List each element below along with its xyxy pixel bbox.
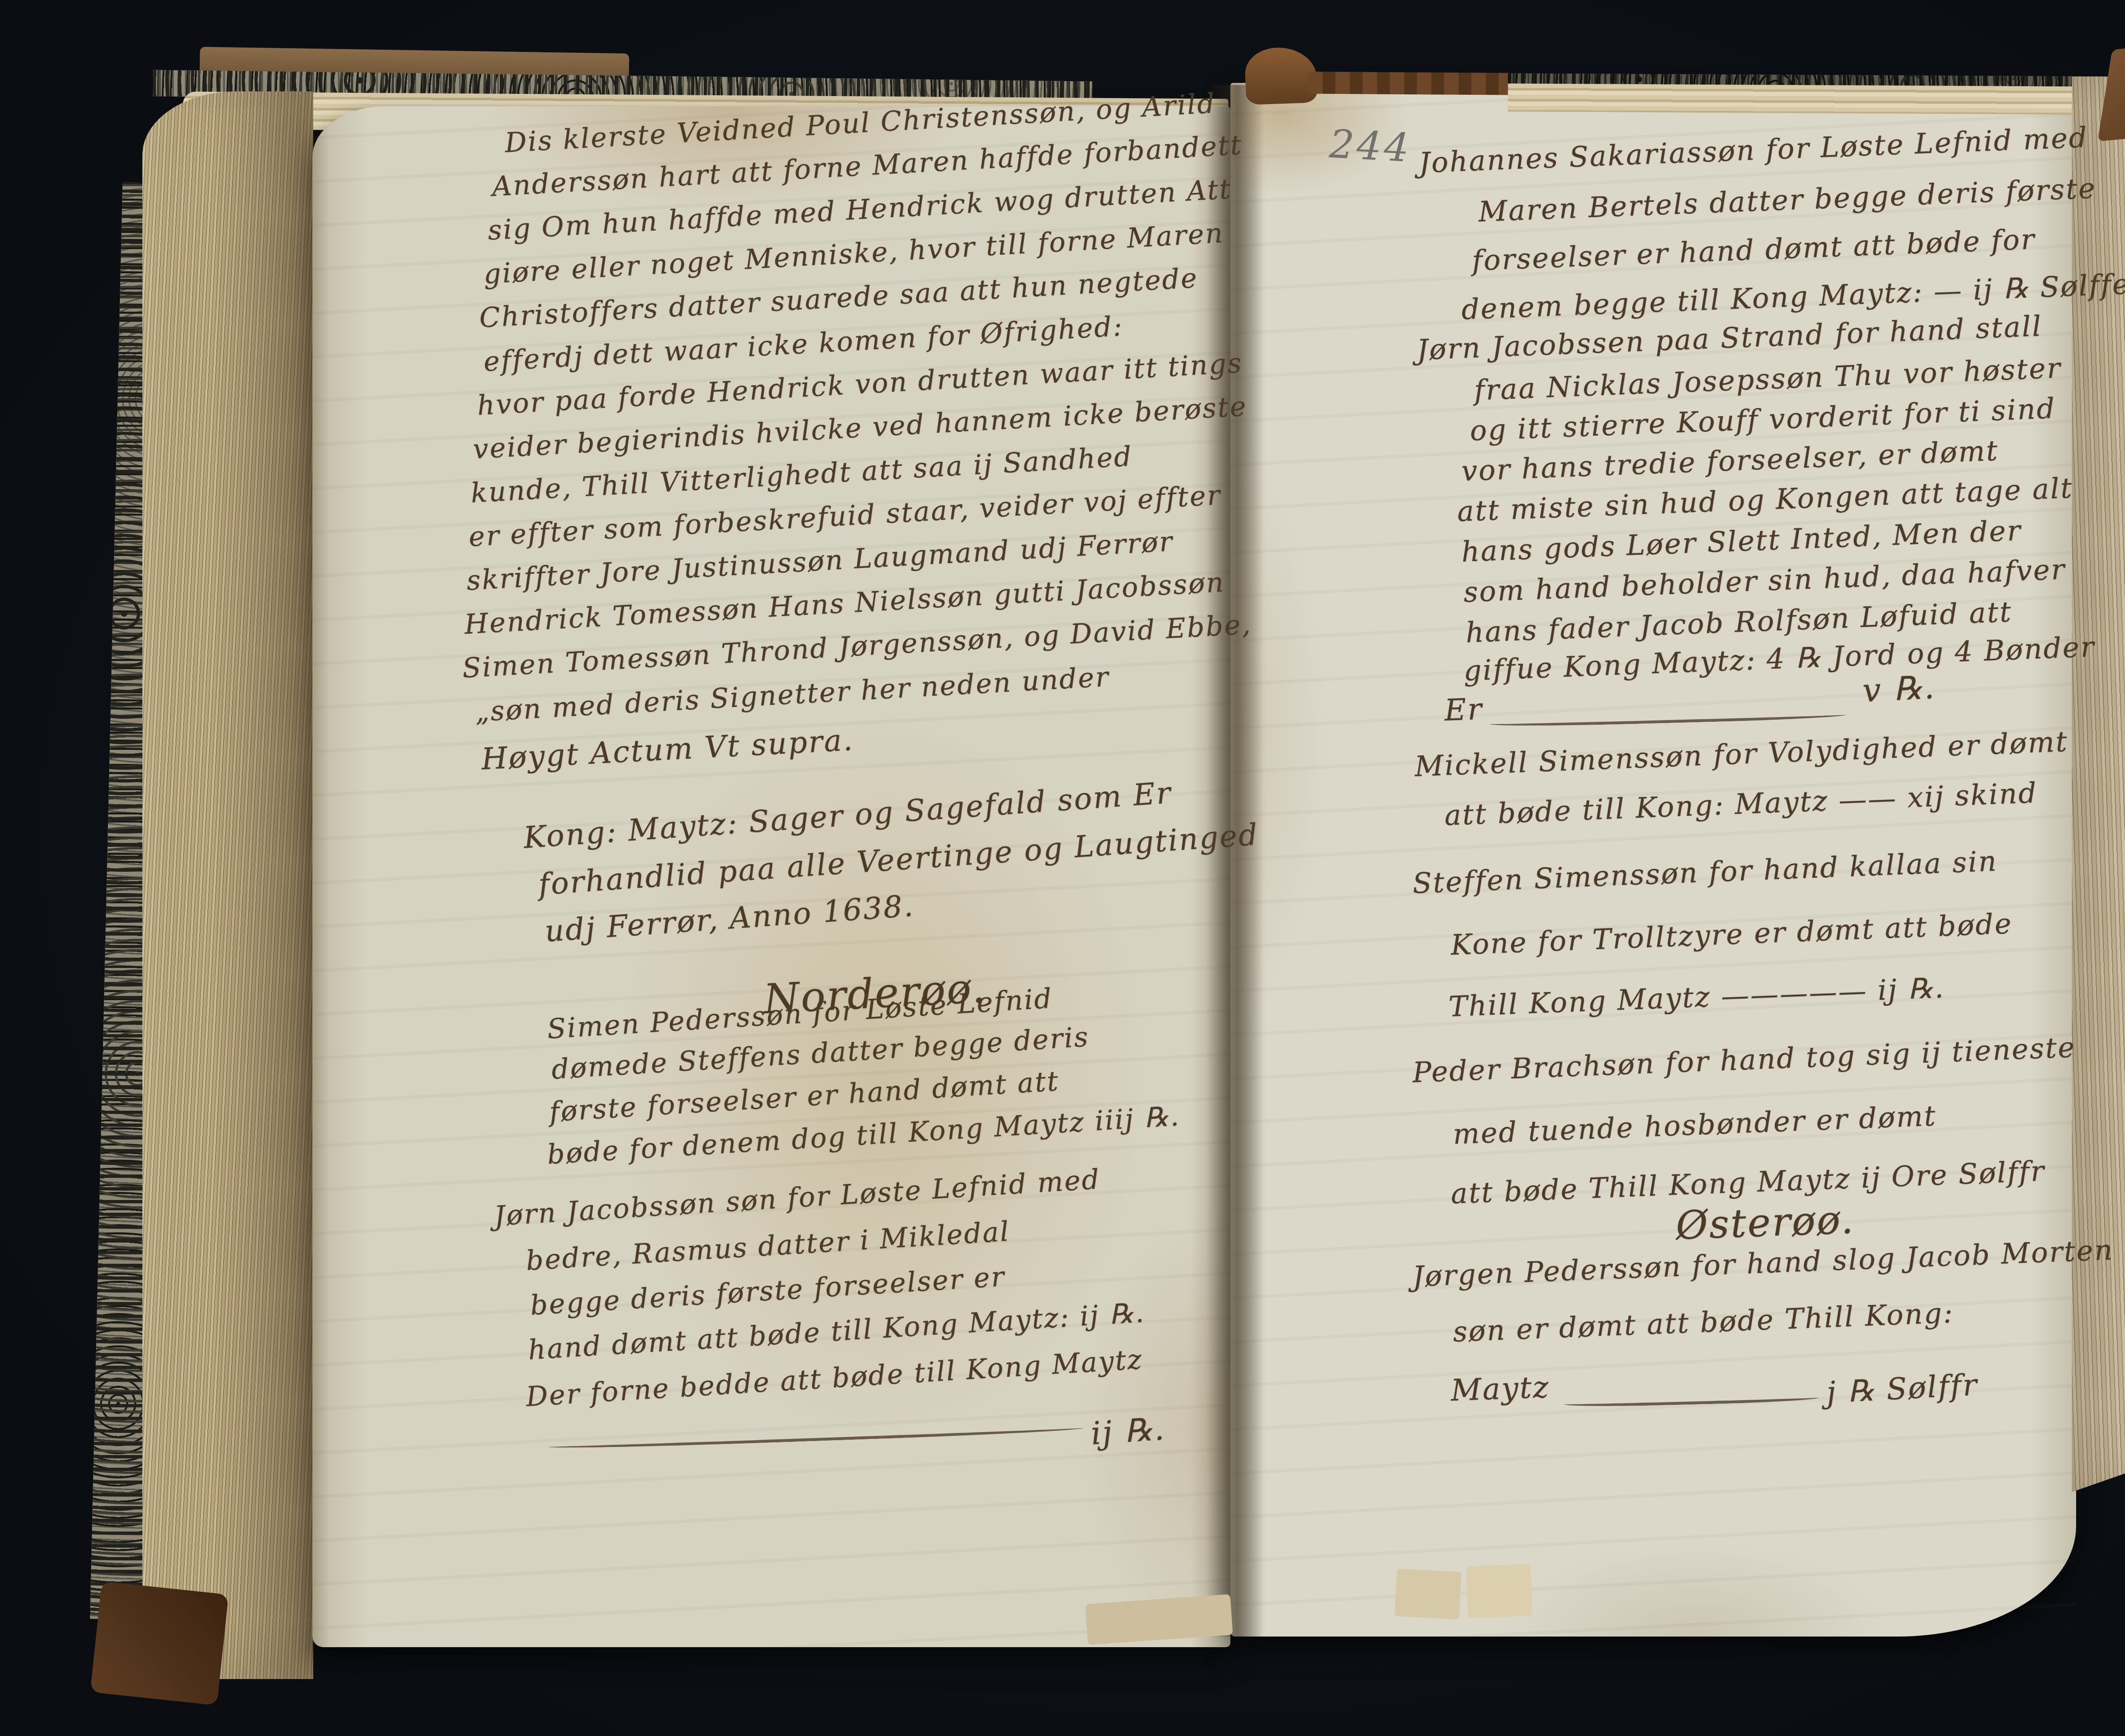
- photo-background: Dis klerste Veidned Poul Christenssøn, o…: [0, 0, 2125, 1736]
- manuscript-line: Maytz: [1450, 1370, 1550, 1408]
- left-fore-edge-stack: [142, 91, 313, 1679]
- spine-leather-tab: [1244, 46, 1318, 105]
- manuscript-line: Er: [1444, 692, 1483, 728]
- leather-corner-bottom-left: [90, 1581, 229, 1705]
- right-page-top-edges: [1508, 83, 2080, 114]
- center-gutter-shadow: [1206, 85, 1263, 1637]
- amount-text: v ℞.: [1861, 668, 1936, 709]
- section-heading-ostero: Østerøø.: [1675, 1197, 1855, 1248]
- page-number-pencil: 244: [1328, 121, 1413, 171]
- headband: [1308, 71, 1512, 95]
- amount-text: ij ℞.: [1090, 1410, 1167, 1452]
- bottom-page-tab: [1394, 1569, 1462, 1620]
- bottom-page-tab: [1466, 1564, 1533, 1618]
